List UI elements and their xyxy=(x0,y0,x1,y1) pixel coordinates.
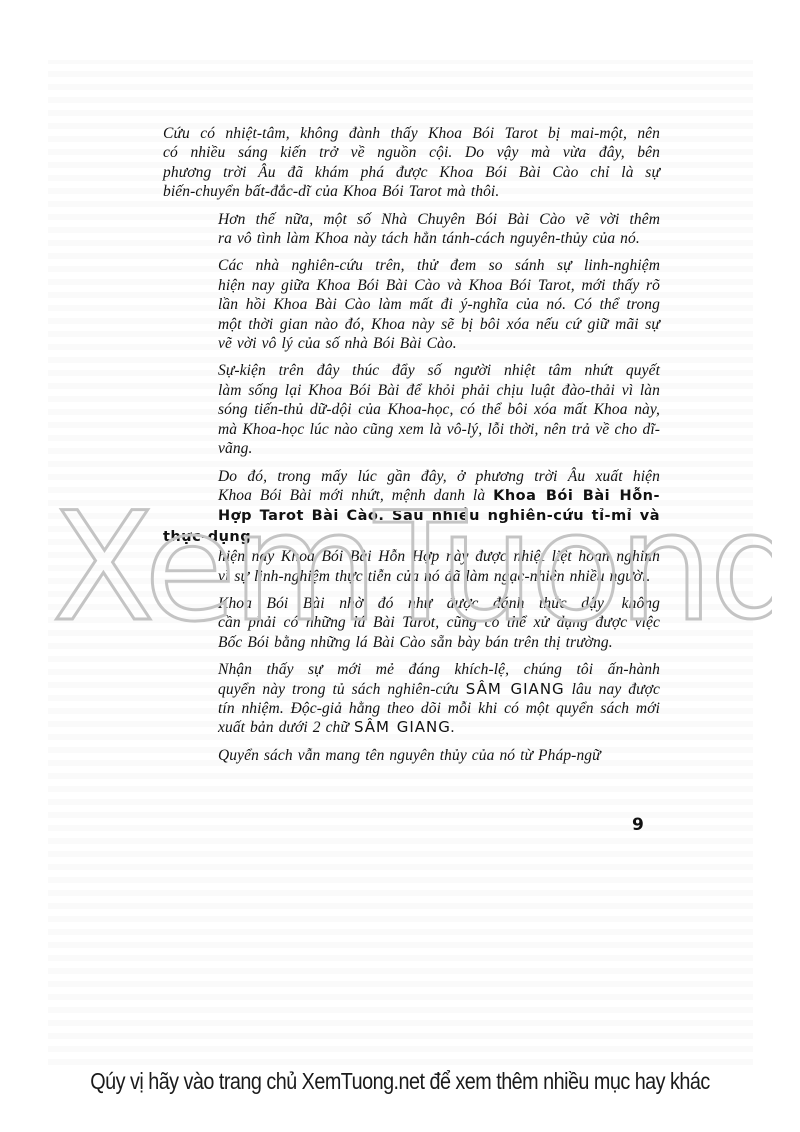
text-line: Hơn thế nữa, một số Nhà Chuyên Bói Bài C… xyxy=(163,210,660,229)
text-line: biến-chuyển bất-đắc-dĩ của Khoa Bói Taro… xyxy=(163,182,660,201)
text-line: làm sống lại Khoa Bói Bài để khỏi phải c… xyxy=(163,381,660,400)
text-line: Hợp Tarot Bài Cào. Sau nhiều nghiên-cứu … xyxy=(163,506,660,547)
text-line: vẽ vời vô lý của số nhà Bói Bài Cào. xyxy=(163,334,660,353)
text-line: hiện nay giữa Khoa Bói Bài Cào và Khoa B… xyxy=(163,276,660,295)
paragraph: Quyển sách vẫn mang tên nguyên thủy của … xyxy=(163,746,660,765)
text-line: Nhận thấy sự mới mẻ đáng khích-lệ, chúng… xyxy=(163,660,660,679)
paragraph: Cứu có nhiệt-tâm, không đành thấy Khoa B… xyxy=(163,124,660,202)
text-line: Sự-kiện trên đây thúc đẩy số người nhiệt… xyxy=(163,361,660,380)
text-line: Khoa Bói Bài nhờ đó như được đánh thức d… xyxy=(163,594,660,613)
paragraph: Các nhà nghiên-cứu trên, thử đem so sánh… xyxy=(163,256,660,353)
text-line: hiện nay Khoa Bói Bài Hỗn Hợp này được n… xyxy=(163,547,660,566)
paragraph: Sự-kiện trên đây thúc đẩy số người nhiệt… xyxy=(163,361,660,458)
text-line: Do đó, trong mấy lúc gần đây, ở phương t… xyxy=(163,467,660,486)
footer-promo-text: Qúy vị hãy vào trang chủ XemTuong.net để… xyxy=(56,1068,744,1095)
text-line: ra vô tình làm Khoa này tách hẳn tánh-cá… xyxy=(163,229,660,248)
text-line: Khoa Bói Bài mới nhứt, mệnh danh là Khoa… xyxy=(163,486,660,506)
text-line: tín nhiệm. Độc-giả hằng theo dõi mỗi khi… xyxy=(163,699,660,718)
paragraph: Khoa Bói Bài nhờ đó như được đánh thức d… xyxy=(163,594,660,652)
paragraph: Do đó, trong mấy lúc gần đây, ở phương t… xyxy=(163,467,660,586)
text-line: Các nhà nghiên-cứu trên, thử đem so sánh… xyxy=(163,256,660,275)
text-line: Cứu có nhiệt-tâm, không đành thấy Khoa B… xyxy=(163,124,660,143)
book-page-body-text: Cứu có nhiệt-tâm, không đành thấy Khoa B… xyxy=(163,124,660,765)
text-line: mà Khoa-học lúc nào cũng xem là vô-lý, l… xyxy=(163,420,660,439)
text-line: vì sự linh-nghiệm thực tiễn của nó đã là… xyxy=(163,567,660,586)
text-line: có nhiều sáng kiến trở về nguồn cội. Do … xyxy=(163,143,660,162)
paragraph: Nhận thấy sự mới mẻ đáng khích-lệ, chúng… xyxy=(163,660,660,738)
text-line: vãng. xyxy=(163,439,660,458)
text-line: cần phải có những lá Bài Tarot, cũng có … xyxy=(163,613,660,632)
text-line: quyển này trong tủ sách nghiên-cứu SÂM G… xyxy=(163,680,660,699)
text-line: xuất bản dưới 2 chữ SÂM GIANG. xyxy=(163,718,660,737)
text-line: Quyển sách vẫn mang tên nguyên thủy của … xyxy=(163,746,660,765)
text-line: sóng tiến-thủ dữ-dội của Khoa-học, có th… xyxy=(163,400,660,419)
text-line: lần hồi Khoa Bài Cào làm mất đi ý-nghĩa … xyxy=(163,295,660,314)
text-line: Bốc Bói bằng những lá Bài Cào sẵn bày bá… xyxy=(163,633,660,652)
text-line: một thời gian nào đó, Khoa này sẽ bị bôi… xyxy=(163,315,660,334)
text-line: phương trời Âu đã khám phá được Khoa Bói… xyxy=(163,163,660,182)
paragraph: Hơn thế nữa, một số Nhà Chuyên Bói Bài C… xyxy=(163,210,660,249)
page-number: 9 xyxy=(632,815,644,835)
